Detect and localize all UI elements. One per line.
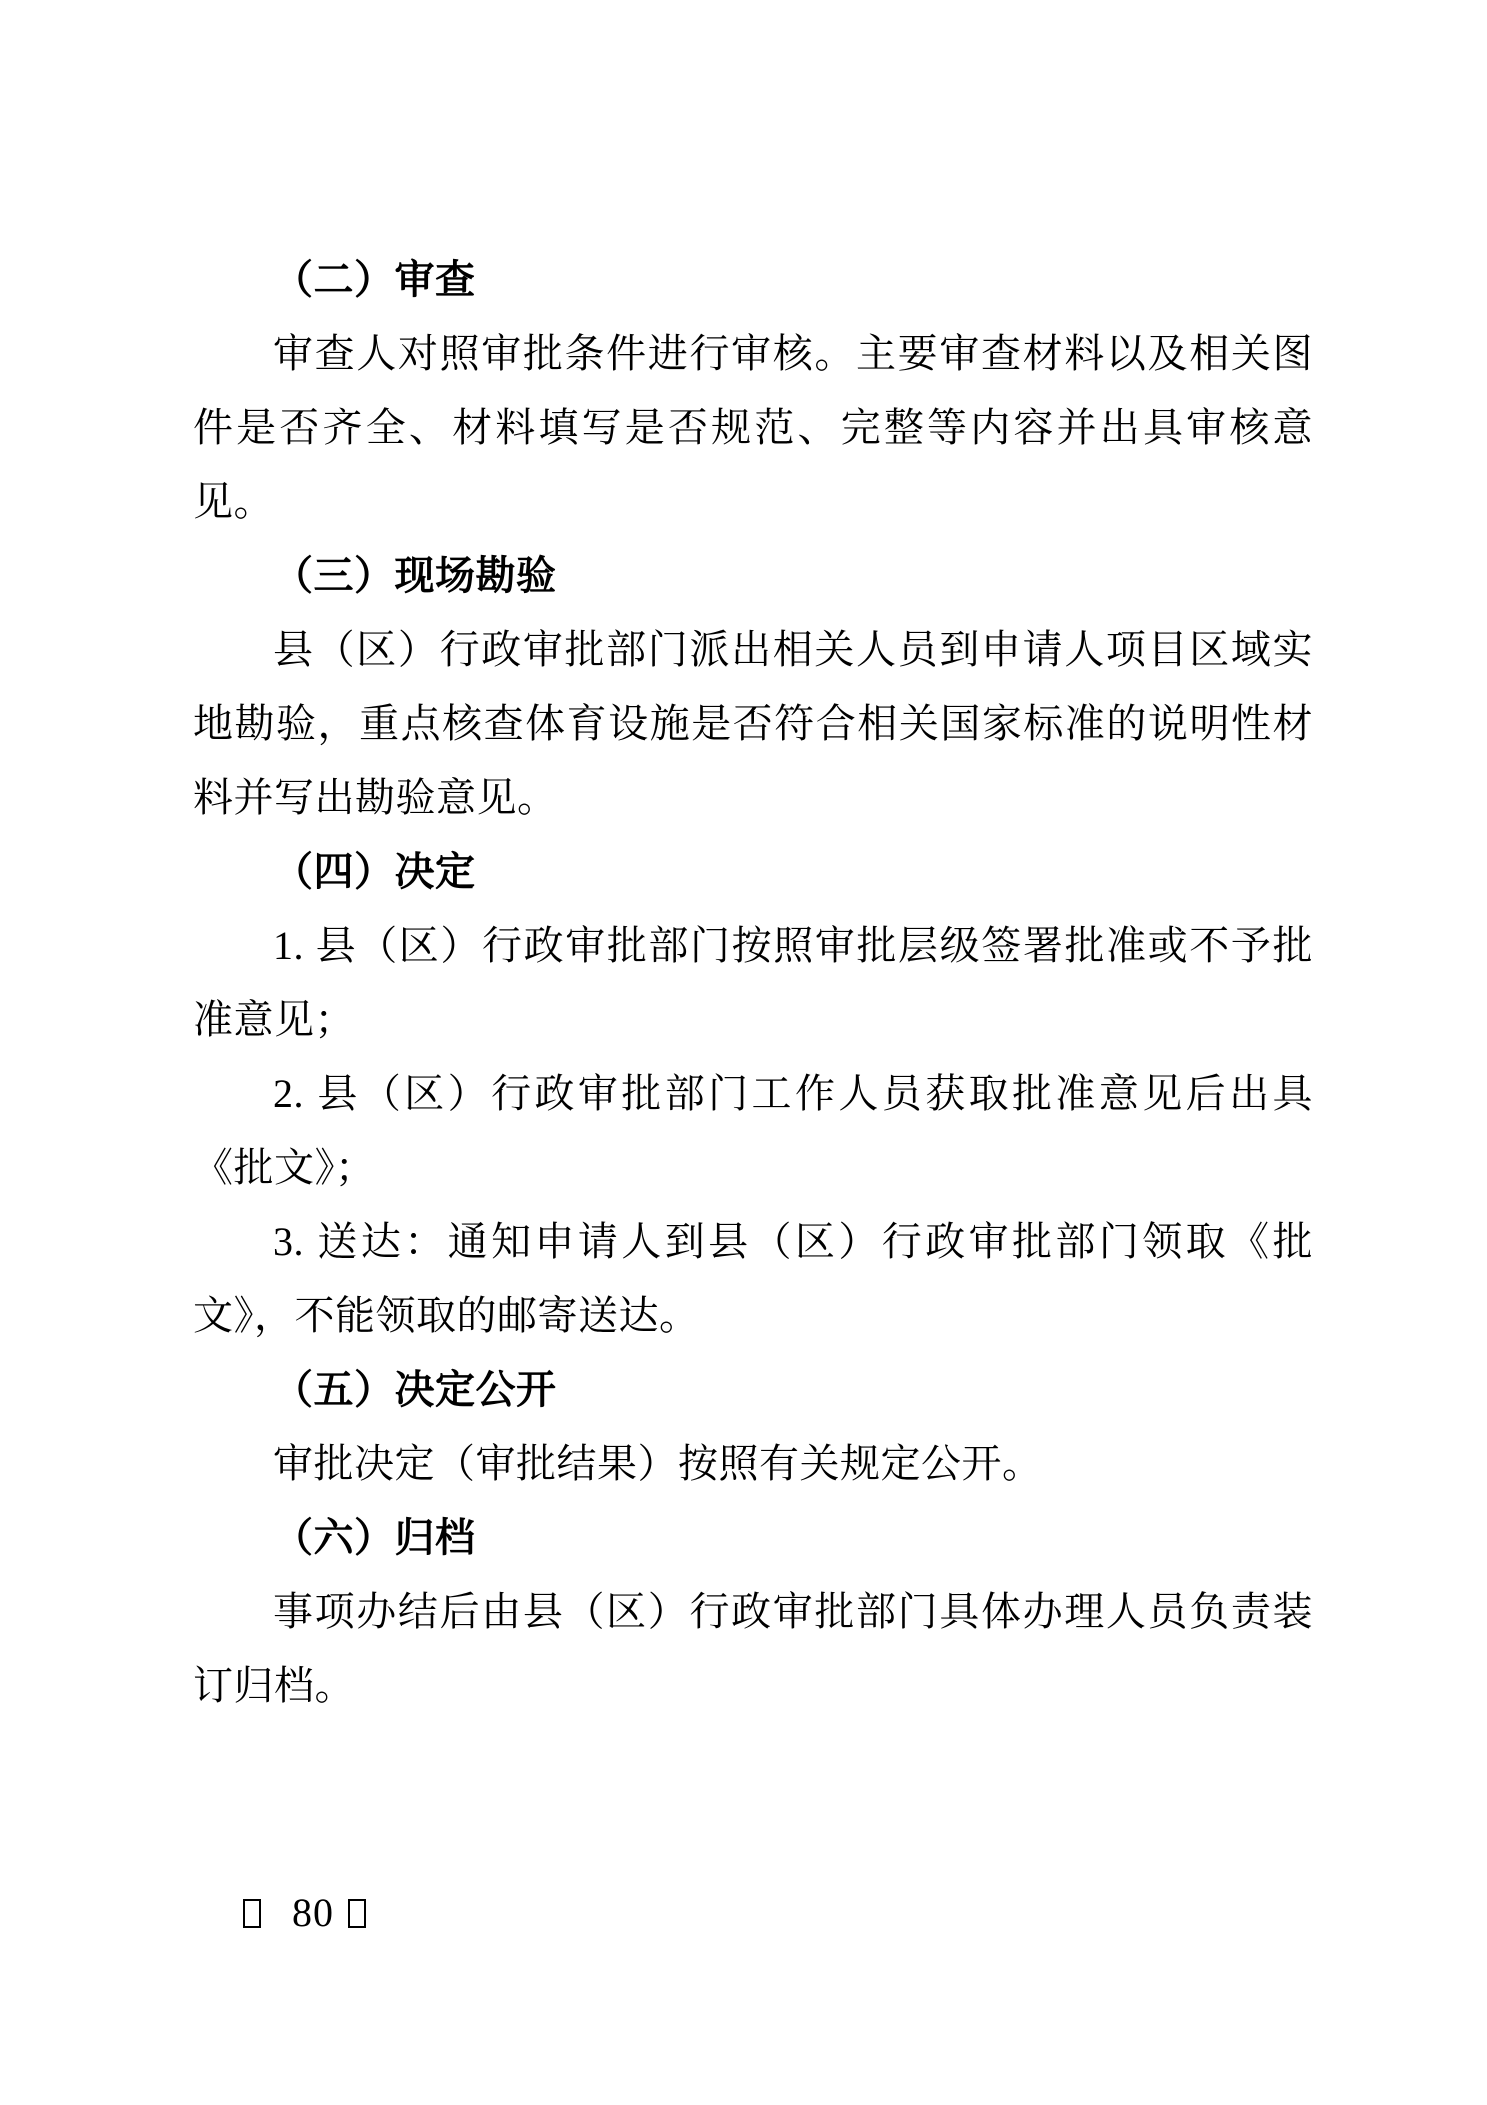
- body-paragraph: 审查人对照审批条件进行审核。主要审查材料以及相关图件是否齐全、材料填写是否规范、…: [193, 317, 1313, 539]
- body-paragraph: 2. 县（区）行政审批部门工作人员获取批准意见后出具《批文》；: [193, 1057, 1313, 1205]
- section-heading: （五）决定公开: [193, 1353, 1313, 1427]
- body-paragraph: 事项办结后由县（区）行政审批部门具体办理人员负责装订归档。: [193, 1575, 1313, 1723]
- section-heading: （二）审查: [193, 243, 1313, 317]
- section-heading: （三）现场勘验: [193, 539, 1313, 613]
- body-paragraph: 审批决定（审批结果）按照有关规定公开。: [193, 1427, 1313, 1501]
- missing-glyph-dash-right: [348, 1899, 366, 1928]
- body-paragraph: 县（区）行政审批部门派出相关人员到申请人项目区域实地勘验，重点核查体育设施是否符…: [193, 613, 1313, 835]
- missing-glyph-dash-left: [243, 1899, 261, 1928]
- section-heading: （六）归档: [193, 1501, 1313, 1575]
- page-footer: 80: [243, 1896, 366, 1930]
- page-number: 80: [292, 1896, 334, 1930]
- body-paragraph: 3. 送达：通知申请人到县（区）行政审批部门领取《批文》，不能领取的邮寄送达。: [193, 1205, 1313, 1353]
- body-paragraph: 1. 县（区）行政审批部门按照审批层级签署批准或不予批准意见；: [193, 909, 1313, 1057]
- document-body: （二）审查审查人对照审批条件进行审核。主要审查材料以及相关图件是否齐全、材料填写…: [193, 243, 1313, 1723]
- document-page: （二）审查审查人对照审批条件进行审核。主要审查材料以及相关图件是否齐全、材料填写…: [0, 0, 1487, 2105]
- section-heading: （四）决定: [193, 835, 1313, 909]
